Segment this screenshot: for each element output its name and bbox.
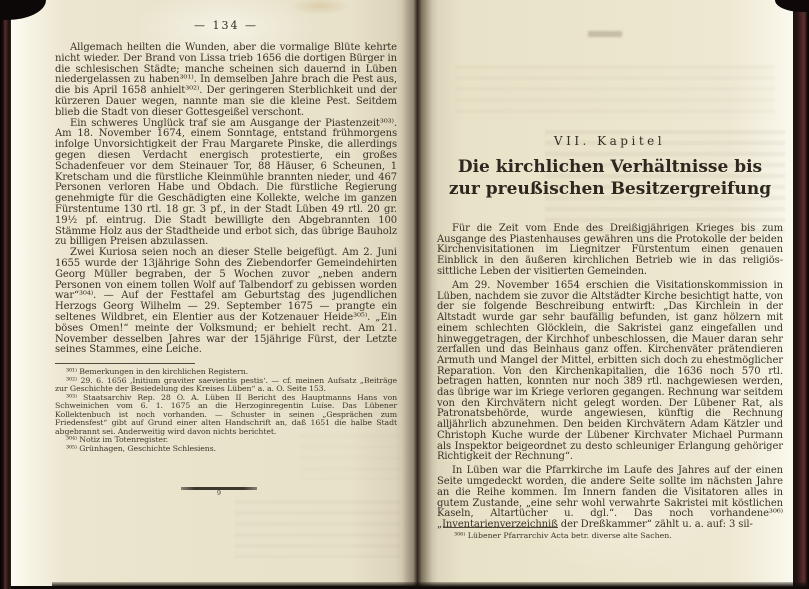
- book-cover-edge-right: [793, 0, 809, 589]
- left-page-body: Allgemach heilten die Wunden, aber die v…: [55, 43, 397, 356]
- left-page-footnotes: ³⁰¹⁾ Bemerkungen in den kirchlichen Regi…: [55, 368, 397, 453]
- footnote-separator-rule: [443, 527, 558, 528]
- bleed-through-page-number: [588, 31, 622, 37]
- footnote-306: ³⁰⁶⁾ Lübener Pfarrarchiv Acta betr. dive…: [443, 532, 783, 541]
- left-page-number: — 134 —: [55, 19, 397, 32]
- right-paragraph-2: Am 29. November 1654 erschien die Visita…: [437, 281, 783, 463]
- bleed-through-text: [235, 500, 400, 558]
- right-page-body: Für die Zeit vom Ende des Dreißigjährige…: [437, 224, 783, 534]
- book-cover-edge-bottom: [52, 582, 809, 589]
- book-cover-edge-left: [0, 0, 11, 589]
- left-paragraph-2: Ein schweres Unglück traf sie am Ausgang…: [55, 119, 397, 249]
- bleed-through-text: [455, 65, 775, 120]
- right-page-footnotes: ³⁰⁶⁾ Lübener Pfarrarchiv Acta betr. dive…: [443, 532, 783, 541]
- footnote-302: ³⁰²⁾ 29. 6. 1656 ‚Initium graviter saevi…: [55, 377, 397, 394]
- left-paragraph-3: Zwei Kuriosa seien noch an dieser Stelle…: [55, 248, 397, 356]
- chapter-title: Die kirchlichen Verhältnisse bis zur pre…: [442, 157, 778, 200]
- signature-number: 9: [181, 490, 257, 497]
- footnote-303: ³⁰³⁾ Staatsarchiv Rep. 28 O. A. Lüben II…: [55, 394, 397, 437]
- right-paragraph-3: In Lüben war die Pfarrkirche im Laufe de…: [437, 466, 783, 530]
- footnote-separator-rule: [55, 363, 195, 364]
- left-paragraph-1: Allgemach heilten die Wunden, aber die v…: [55, 43, 397, 119]
- printer-signature-mark: 9: [181, 487, 257, 497]
- footnote-305: ³⁰⁵⁾ Grünhagen, Geschichte Schlesiens.: [55, 445, 397, 454]
- chapter-number-label: VII. Kapitel: [437, 134, 782, 148]
- right-paragraph-1: Für die Zeit vom Ende des Dreißigjährige…: [437, 224, 783, 278]
- book-scan: — 134 — Allgemach heilten die Wunden, ab…: [0, 0, 809, 589]
- binding-gutter-shadow: [402, 0, 432, 589]
